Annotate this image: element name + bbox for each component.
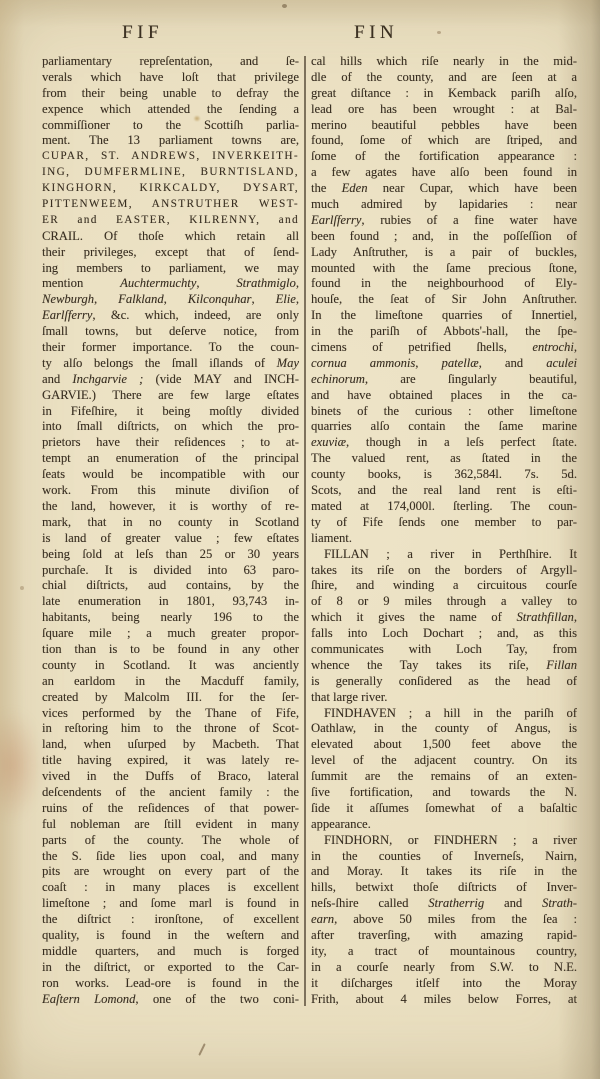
text-line: ty of Fife ſends one member to par- — [311, 515, 577, 531]
text-line: ING, DUMFERMLINE, BURNTISLAND, — [42, 165, 299, 181]
text-line: appearance. — [311, 817, 577, 833]
text-line: cimens of petrified ſhells, entrochi, — [311, 340, 577, 356]
text-line: ruins of the reſidences of that power- — [42, 801, 299, 817]
text-line: houſe, the ſeat of Sir John Anſtruther. — [311, 292, 577, 308]
text-line: GARVIE.) There are few large eſtates — [42, 388, 299, 404]
text-line: ſive fortification, and towards the N. — [311, 785, 577, 801]
text-line: The valued rent, as ſtated in the — [311, 451, 577, 467]
text-line: falls into Loch Dochart ; and, as this — [311, 626, 577, 642]
text-line: their privileges, except that of ſend- — [42, 245, 299, 261]
text-line: in a courſe nearly from S.W. to N.E. — [311, 960, 577, 976]
text-line: and have obtained places in the ca- — [311, 388, 577, 404]
text-line: FINDHORN, or FINDHERN ; a river — [311, 833, 577, 849]
text-line: ſome of the fortification appearance : — [311, 149, 577, 165]
text-line: cal hills which riſe nearly in the mid- — [311, 54, 577, 70]
text-line: ſeats would be incompatible with our — [42, 467, 299, 483]
text-line: parliamentary repreſentation, and ſe- — [42, 54, 299, 70]
text-line: FINDHAVEN ; a hill in the pariſh of — [311, 706, 577, 722]
text-line: earn, above 50 miles from the ſea : — [311, 912, 577, 928]
text-line: in the pariſh of Abbots'-hall, the ſpe- — [311, 324, 577, 340]
text-line: in Fifeſhire, it being moſtly divided — [42, 404, 299, 420]
text-line: created by Malcolm III. for the ſer- — [42, 690, 299, 706]
text-line: Eaſtern Lomond, one of the two coni- — [42, 992, 299, 1008]
text-line: neſs-ſhire called Stratherrig and Strath… — [311, 896, 577, 912]
text-line: mark, that in no county in Scotland — [42, 515, 299, 531]
column-divider-rule — [304, 56, 306, 1006]
text-line: that large river. — [311, 690, 577, 706]
right-column: cal hills which riſe nearly in the mid-d… — [311, 54, 577, 1007]
text-line: echinorum, are ſingularly beautiful, — [311, 372, 577, 388]
text-line: In the limeſtone quarries of Innertiel, — [311, 308, 577, 324]
running-head-right: FIN — [354, 22, 398, 44]
text-line: is land of greater value ; few eſtates — [42, 531, 299, 547]
text-line: purchaſe. It is divided into 63 paro- — [42, 563, 299, 579]
text-line: parts of the county. The whole of — [42, 833, 299, 849]
text-line: coaſt : in many places is excellent — [42, 880, 299, 896]
text-line: ſhire, and winding a circuitous courſe — [311, 578, 577, 594]
text-line: ing members to parliament, we may — [42, 261, 299, 277]
stain — [282, 4, 287, 8]
text-line: the S. ſide lies upon coal, and many — [42, 849, 299, 865]
text-line: of 8 or 9 miles through a valley to — [311, 594, 577, 610]
text-line: their former importance. To the coun- — [42, 340, 299, 356]
text-line: mated at 174,000l. ſterling. The coun- — [311, 499, 577, 515]
text-line: much admired by lapidaries : near — [311, 197, 577, 213]
text-line: title having expired, it was lately re- — [42, 753, 299, 769]
text-line: Lady Anſtruther, is a pair of buckles, — [311, 245, 577, 261]
text-line: ſmall towns, but deſerve notice, from — [42, 324, 299, 340]
text-line: limeſtone ; and ſome marl is found in — [42, 896, 299, 912]
text-line: after traverſing, with amazing rapid- — [311, 928, 577, 944]
text-line: ron works. Lead-ore is found in the — [42, 976, 299, 992]
text-line: late enumeration in 1801, 93,743 in- — [42, 594, 299, 610]
text-line: the Eden near Cupar, which have been — [311, 181, 577, 197]
text-line: exuviæ, though in a leſs perfect ſtate. — [311, 435, 577, 451]
text-line: quality, is found in the weſtern and — [42, 928, 299, 944]
text-line: in the diſtrict, or exported to the Car- — [42, 960, 299, 976]
text-line: Frith, about 4 miles below Forres, at — [311, 992, 577, 1008]
text-line: merino beautiful pebbles have been — [311, 118, 577, 134]
left-column: parliamentary repreſentation, and ſe-ver… — [42, 54, 299, 1007]
text-line: is generally conſidered as the head of — [311, 674, 577, 690]
text-line: takes its riſe on the borders of Argyll- — [311, 563, 577, 579]
text-line: ER and EASTER, KILRENNY, and — [42, 213, 299, 229]
text-line: an earldom in the Macduff family, — [42, 674, 299, 690]
text-line: it diſcharges itſelf into the Moray — [311, 976, 577, 992]
text-line: into ſmall diſtricts, on which the pro- — [42, 419, 299, 435]
text-line: ty alſo belongs the ſmall iſlands of May — [42, 356, 299, 372]
text-line: vices performed by the Thane of Fife, — [42, 706, 299, 722]
text-line: in the counties of Inverneſs, Nairn, — [311, 849, 577, 865]
text-line: dle of the county, and are ſeen at a — [311, 70, 577, 86]
text-line: habitants, being nearly 196 to the — [42, 610, 299, 626]
stain — [437, 31, 441, 34]
text-line: KINGHORN, KIRKCALDY, DYSART, — [42, 181, 299, 197]
text-line: elevated about 1,500 feet above the — [311, 737, 577, 753]
text-line: Earlſferry, rubies of a fine water have — [311, 213, 577, 229]
text-line: ſide it aſſumes ſomewhat of a baſaltic — [311, 801, 577, 817]
text-line: communicates with Loch Tay, from — [311, 642, 577, 658]
text-line: land, when uſurped by Macbeth. That — [42, 737, 299, 753]
text-line: CRAIL. Of thoſe which retain all — [42, 229, 299, 245]
text-line: middle quarters, and much is forged — [42, 944, 299, 960]
text-line: and Moray. It takes its riſe in the — [311, 864, 577, 880]
text-line: mention Auchtermuchty, Strathmiglo, — [42, 276, 299, 292]
text-line: cornua ammonis, patellæ, and aculei — [311, 356, 577, 372]
running-head-left: FIF — [122, 22, 163, 44]
text-line: Scots, and the real land rent is eſti- — [311, 483, 577, 499]
text-line: found, ſome of which are ſtriped, and — [311, 133, 577, 149]
text-line: the land, however, it is worthy of re- — [42, 499, 299, 515]
text-line: liament. — [311, 531, 577, 547]
text-line: FILLAN ; a river in Perthſhire. It — [311, 547, 577, 563]
text-line: vived in the Duffs of Braco, lateral — [42, 769, 299, 785]
text-line: being ſold at leſs than 25 or 30 years — [42, 547, 299, 563]
text-line: quarries alſo contain the ſame marine — [311, 419, 577, 435]
text-line: deſcendents of the ancient family : the — [42, 785, 299, 801]
text-line: whence the Tay takes its riſe, Fillan — [311, 658, 577, 674]
text-line: tion than is to be found in any other — [42, 642, 299, 658]
text-line: the diſtrict : ironſtone, of excellent — [42, 912, 299, 928]
text-line: PITTENWEEM, ANSTRUTHER WEST- — [42, 197, 299, 213]
stain — [198, 1043, 205, 1056]
text-line: CUPAR, ST. ANDREWS, INVERKEITH- — [42, 149, 299, 165]
book-page: FIF FIN parliamentary repreſentation, an… — [0, 0, 600, 1079]
text-line: been found ; and, in the poſſeſſion of — [311, 229, 577, 245]
text-line: from their being unable to defray the — [42, 86, 299, 102]
text-line: ment. The 13 parliament towns are, — [42, 133, 299, 149]
text-line: expence which attended the ſending a — [42, 102, 299, 118]
text-line: Newburgh, Falkland, Kilconquhar, Elie, — [42, 292, 299, 308]
text-line: level of the adjacent country. On its — [311, 753, 577, 769]
text-line: found in the neighbourhood of Ely- — [311, 276, 577, 292]
stain — [20, 586, 24, 590]
text-line: mounted with the ſame precious ſtone, — [311, 261, 577, 277]
text-line: tempt an enumeration of the principal — [42, 451, 299, 467]
text-line: and Inchgarvie ; (vide MAY and INCH- — [42, 372, 299, 388]
text-line: commiſſioner to the Scottiſh parlia- — [42, 118, 299, 134]
text-line: ful nobleman are ſtill evident in many — [42, 817, 299, 833]
text-line: in reſtoring him to the throne of Scot- — [42, 721, 299, 737]
text-line: prietors have their reſidences ; to at- — [42, 435, 299, 451]
text-line: lead ore has been wrought : at Bal- — [311, 102, 577, 118]
text-line: county books, is 362,584l. 7s. 5d. — [311, 467, 577, 483]
text-line: hills, betwixt thoſe diſtricts of Inver- — [311, 880, 577, 896]
text-line: work. From this minute diviſion of — [42, 483, 299, 499]
text-line: ity, a tract of mountainous country, — [311, 944, 577, 960]
text-line: chial diſtricts, aud contains, by the — [42, 578, 299, 594]
text-line: a few agates have alſo been found in — [311, 165, 577, 181]
text-line: county in Scotland. It was anciently — [42, 658, 299, 674]
text-line: great diſtance : in Kemback pariſh alſo, — [311, 86, 577, 102]
text-line: pits are wrought on every part of the — [42, 864, 299, 880]
text-line: binets of the curious : other limeſtone — [311, 404, 577, 420]
text-line: which it gives the name of Strathfillan, — [311, 610, 577, 626]
text-line: Oathlaw, in the county of Angus, is — [311, 721, 577, 737]
text-line: ſquare mile ; a much greater propor- — [42, 626, 299, 642]
text-line: verals which have loſt that privilege — [42, 70, 299, 86]
text-line: ſummit are the remains of an exten- — [311, 769, 577, 785]
text-line: Earlſferry, &c. which, indeed, are only — [42, 308, 299, 324]
